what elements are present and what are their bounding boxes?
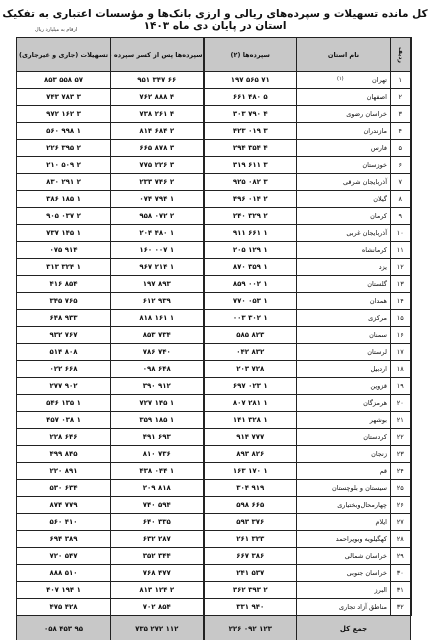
province-name: آذربایجان غربی [297, 225, 391, 242]
deposits-net-cell: ۵۹۴ ۷۴۰ [111, 497, 204, 514]
deposits-cell: ۲ ۰۱۴ ۴۹۶ [204, 191, 297, 208]
loans-cell: ۱ ۱۳۵ ۵۴۶ [17, 395, 111, 412]
province-name: قزوین [297, 378, 391, 395]
table-row: ۱۵مرکزی۱ ۳۰۲ ۰۰۳۱ ۱۶۱ ۸۱۸۹۳۳ ۶۴۸ [17, 310, 411, 327]
deposits-cell: ۱ ۱۷۰ ۱۶۳ [204, 463, 297, 480]
table-row: ۱تهران(۱)۷۱ ۵۶۵ ۱۹۷۶۶ ۳۴۷ ۹۵۱۵۷ ۵۵۸ ۸۵۳ [17, 72, 411, 89]
table-row: ۴مازندران۳ ۰۱۹ ۴۲۳۲ ۶۸۴ ۸۱۴۱ ۹۹۸ ۵۶۰ [17, 123, 411, 140]
province-label: کرمانشاه [362, 246, 387, 254]
deposits-cell: ۹۴۰ ۳۳۱ [204, 599, 297, 616]
deposits-cell: ۱ ۰۰۲ ۸۵۹ [204, 276, 297, 293]
deposits-cell: ۱ ۰۵۳ ۷۷۰ [204, 293, 297, 310]
loans-cell: ۳ ۷۸۳ ۷۴۳ [17, 89, 111, 106]
province-label: همدان [370, 297, 387, 305]
deposits-cell: ۱ ۶۶۱ ۹۱۱ [204, 225, 297, 242]
province-name: خراسان رضوی [297, 106, 391, 123]
province-name: سمنان [297, 327, 391, 344]
deposits-net-cell: ۸۹۳ ۱۹۷ [111, 276, 204, 293]
row-number: ۲۹ [391, 548, 411, 565]
deposits-net-cell: ۱ ۱۴۵ ۷۲۷ [111, 395, 204, 412]
loans-cell: ۵۴۷ ۷۲۰ [17, 548, 111, 565]
province-label: لرستان [367, 348, 387, 356]
row-number: ۲۴ [391, 463, 411, 480]
province-label: هرمزگان [363, 399, 387, 407]
province-name: هرمزگان [297, 395, 391, 412]
loans-cell: ۲ ۰۳۷ ۹۰۵ [17, 208, 111, 225]
header-deposits-net: سپرده‌ها پس از کسر سپرده قانونی [111, 38, 204, 72]
row-number: ۱۵ [391, 310, 411, 327]
province-name: کرمان [297, 208, 391, 225]
deposits-net-cell: ۹۳۹ ۶۱۲ [111, 293, 204, 310]
table-row: ۱۲یزد۱ ۳۵۹ ۸۷۰۱ ۲۱۴ ۹۶۷۱ ۳۲۴ ۳۱۳ [17, 259, 411, 276]
province-label: چهارمحال‌وبختیاری [337, 501, 387, 509]
row-number: ۲ [391, 89, 411, 106]
deposits-cell: ۱ ۱۲۹ ۲۰۵ [204, 242, 297, 259]
loans-cell: ۹۰۲ ۲۷۷ [17, 378, 111, 395]
province-label: آذربایجان شرقی [343, 178, 387, 186]
loans-cell: ۶۴۶ ۲۲۸ [17, 429, 111, 446]
row-number: ۲۸ [391, 531, 411, 548]
province-name: مناطق آزاد تجاری [297, 599, 391, 616]
loans-cell: ۸۰۸ ۵۱۴ [17, 344, 111, 361]
table-row: ۶خوزستان۳ ۶۱۱ ۳۱۹۳ ۲۲۶ ۷۷۵۲ ۵۰۹ ۲۱۰ [17, 157, 411, 174]
province-name: مازندران [297, 123, 391, 140]
province-name: اصفهان [297, 89, 391, 106]
row-number: ۵ [391, 140, 411, 157]
loans-cell: ۱ ۰۳۸ ۴۵۷ [17, 412, 111, 429]
deposits-net-cell: ۶۹۳ ۴۹۱ [111, 429, 204, 446]
deposits-cell: ۴ ۳۵۴ ۲۹۴ [204, 140, 297, 157]
deposits-cell: ۶۶۵ ۵۹۸ [204, 497, 297, 514]
province-label: خراسان رضوی [346, 110, 387, 118]
province-label: یزد [379, 263, 387, 271]
row-number: ۴ [391, 123, 411, 140]
table-row: ۱۹قزوین۱ ۰۲۳ ۶۹۷۹۱۲ ۳۹۰۹۰۲ ۲۷۷ [17, 378, 411, 395]
deposits-cell: ۱ ۲۸۱ ۸۰۷ [204, 395, 297, 412]
loans-cell: ۶۶۸ ۰۲۲ [17, 361, 111, 378]
deposits-net-cell: ۱ ۷۹۴ ۰۷۴ [111, 191, 204, 208]
province-label: ایلام [375, 518, 387, 526]
deposits-cell: ۲ ۳۲۹ ۲۴۰ [204, 208, 297, 225]
table-row: ۲۸کهگیلویه وبویراحمد۳۲۳ ۲۶۱۲۸۷ ۶۳۲۳۸۹ ۶۹… [17, 531, 411, 548]
loans-cell: ۹۳۳ ۶۴۸ [17, 310, 111, 327]
row-number: ۳۰ [391, 565, 411, 582]
province-label: خراسان شمالی [345, 552, 387, 560]
deposits-cell: ۵ ۴۸۰ ۶۶۱ [204, 89, 297, 106]
loans-cell: ۳ ۱۶۲ ۹۷۲ [17, 106, 111, 123]
total-loans: ۹۵ ۴۵۳ ۰۵۸ [17, 616, 111, 640]
row-number: ۱۲ [391, 259, 411, 276]
table-row: ۱۷لرستان۸۳۲ ۰۴۲۷۴۰ ۷۸۶۸۰۸ ۵۱۴ [17, 344, 411, 361]
loans-cell: ۱ ۱۹۴ ۴۰۷ [17, 582, 111, 599]
table-row: ۲۵سیستان و بلوچستان۹۱۹ ۳۰۴۸۱۸ ۲۰۹۶۳۴ ۵۳۰ [17, 480, 411, 497]
province-label: قم [380, 467, 387, 475]
loans-cell: ۸۵۴ ۴۱۶ [17, 276, 111, 293]
row-number: ۳ [391, 106, 411, 123]
deposits-cell: ۳۷۶ ۵۹۳ [204, 514, 297, 531]
province-label: گیلان [373, 195, 387, 203]
row-number: ۱۴ [391, 293, 411, 310]
row-number: ۱۷ [391, 344, 411, 361]
row-number: ۸ [391, 191, 411, 208]
province-label: مازندران [363, 127, 387, 135]
loans-cell: ۱ ۱۸۵ ۳۸۶ [17, 191, 111, 208]
loans-cell: ۱ ۹۹۸ ۵۶۰ [17, 123, 111, 140]
table-row: ۱۸اردبیل۷۲۸ ۲۰۳۶۴۸ ۰۹۸۶۶۸ ۰۲۲ [17, 361, 411, 378]
loans-cell: ۷۶۷ ۹۳۲ [17, 327, 111, 344]
deposits-cell: ۳ ۶۱۱ ۳۱۹ [204, 157, 297, 174]
deposits-cell: ۱ ۳۰۲ ۰۰۳ [204, 310, 297, 327]
province-name: سیستان و بلوچستان [297, 480, 391, 497]
deposits-net-cell: ۴ ۲۶۱ ۷۳۸ [111, 106, 204, 123]
province-name: مرکزی [297, 310, 391, 327]
table-row: ۳۱البرز۲ ۳۹۳ ۳۶۲۲ ۱۲۴ ۸۱۳۱ ۱۹۴ ۴۰۷ [17, 582, 411, 599]
deposits-net-cell: ۸۵۴ ۷۰۲ [111, 599, 204, 616]
row-number: ۳۱ [391, 582, 411, 599]
table-row: ۲۱بوشهر۱ ۳۲۸ ۱۴۱۱ ۱۸۵ ۳۵۹۱ ۰۳۸ ۴۵۷ [17, 412, 411, 429]
table-row: ۱۳گلستان۱ ۰۰۲ ۸۵۹۸۹۳ ۱۹۷۸۵۴ ۴۱۶ [17, 276, 411, 293]
header-row-no: ردیف [391, 38, 411, 72]
table-row: ۲۲کردستان۷۷۷ ۹۱۴۶۹۳ ۴۹۱۶۴۶ ۲۲۸ [17, 429, 411, 446]
deposits-cell: ۹۱۹ ۳۰۴ [204, 480, 297, 497]
deposits-net-cell: ۳ ۲۲۶ ۷۷۵ [111, 157, 204, 174]
row-number: ۱۰ [391, 225, 411, 242]
deposits-net-cell: ۲ ۱۲۴ ۸۱۳ [111, 582, 204, 599]
deposits-net-cell: ۲ ۶۸۴ ۸۱۴ [111, 123, 204, 140]
row-number: ۱۶ [391, 327, 411, 344]
province-name: گلستان [297, 276, 391, 293]
loans-cell: ۵۱۰ ۸۸۸ [17, 565, 111, 582]
loans-cell: ۳۸۹ ۶۹۴ [17, 531, 111, 548]
deposits-net-cell: ۶۶ ۳۴۷ ۹۵۱ [111, 72, 204, 89]
deposits-cell: ۴ ۷۹۰ ۳۰۳ [204, 106, 297, 123]
province-label: کردستان [363, 433, 387, 441]
table-row: ۲۷ایلام۳۷۶ ۵۹۳۳۳۵ ۶۴۰۴۱۰ ۵۶۰ [17, 514, 411, 531]
deposits-net-cell: ۳ ۸۷۸ ۶۶۵ [111, 140, 204, 157]
province-name: کهگیلویه وبویراحمد [297, 531, 391, 548]
loans-cell: ۷۶۵ ۳۴۵ [17, 293, 111, 310]
province-name: قم [297, 463, 391, 480]
deposits-cell: ۳ ۰۱۹ ۴۲۳ [204, 123, 297, 140]
row-number: ۲۳ [391, 446, 411, 463]
province-name: البرز [297, 582, 391, 599]
province-label: خوزستان [362, 161, 387, 169]
table-row: ۲۹خراسان شمالی۳۸۶ ۶۶۷۳۴۴ ۳۵۲۵۴۷ ۷۲۰ [17, 548, 411, 565]
table-row: ۳خراسان رضوی۴ ۷۹۰ ۳۰۳۴ ۲۶۱ ۷۳۸۳ ۱۶۲ ۹۷۲ [17, 106, 411, 123]
total-row: جمع کل ۱۲۳ ۰۹۲ ۲۲۶ ۱۱۲ ۲۷۲ ۷۳۵ ۹۵ ۴۵۳ ۰۵… [17, 616, 411, 640]
deposits-net-cell: ۲ ۰۷۲ ۹۵۸ [111, 208, 204, 225]
province-label: گلستان [367, 280, 387, 288]
province-label: اصفهان [367, 93, 387, 101]
province-name: تهران(۱) [297, 72, 391, 89]
province-name: لرستان [297, 344, 391, 361]
province-name: خراسان جنوبی [297, 565, 391, 582]
loans-cell: ۶۳۴ ۵۳۰ [17, 480, 111, 497]
row-number: ۳۲ [391, 599, 411, 616]
loans-cell: ۲ ۵۰۹ ۲۱۰ [17, 157, 111, 174]
province-name: بوشهر [297, 412, 391, 429]
province-label: قزوین [370, 382, 387, 390]
deposits-cell: ۸۲۳ ۵۸۵ [204, 327, 297, 344]
table-row: ۵فارس۴ ۳۵۴ ۲۹۴۳ ۸۷۸ ۶۶۵۲ ۳۹۵ ۲۲۶ [17, 140, 411, 157]
loans-cell: ۱ ۱۴۵ ۷۳۷ [17, 225, 111, 242]
province-name: فارس [297, 140, 391, 157]
province-label: سیستان و بلوچستان [332, 484, 387, 492]
table-row: ۱۱کرمانشاه۱ ۱۲۹ ۲۰۵۱ ۰۰۷ ۱۶۰۹۱۴ ۰۷۵ [17, 242, 411, 259]
province-label: آذربایجان غربی [346, 229, 387, 237]
provincial-banking-table: ردیف نام استان سپرده‌ها (۲) سپرده‌ها پس … [16, 37, 412, 640]
deposits-cell: ۱ ۰۲۳ ۶۹۷ [204, 378, 297, 395]
deposits-cell: ۷۷۷ ۹۱۴ [204, 429, 297, 446]
header-province: نام استان [297, 38, 391, 72]
row-number: ۱۱ [391, 242, 411, 259]
table-row: ۹کرمان۲ ۳۲۹ ۲۴۰۲ ۰۷۲ ۹۵۸۲ ۰۳۷ ۹۰۵ [17, 208, 411, 225]
total-deposits: ۱۲۳ ۰۹۲ ۲۲۶ [204, 616, 297, 640]
deposits-net-cell: ۷۳۴ ۸۵۳ [111, 327, 204, 344]
row-number: ۲۷ [391, 514, 411, 531]
deposits-cell: ۳۸۶ ۶۶۷ [204, 548, 297, 565]
table-row: ۱۰آذربایجان غربی۱ ۶۶۱ ۹۱۱۱ ۴۸۰ ۲۰۴۱ ۱۴۵ … [17, 225, 411, 242]
table-row: ۱۴همدان۱ ۰۵۳ ۷۷۰۹۳۹ ۶۱۲۷۶۵ ۳۴۵ [17, 293, 411, 310]
province-label: خراسان جنوبی [347, 569, 387, 577]
deposits-net-cell: ۷۳۶ ۸۱۰ [111, 446, 204, 463]
deposits-cell: ۵۳۷ ۲۴۱ [204, 565, 297, 582]
table-header-row: ردیف نام استان سپرده‌ها (۲) سپرده‌ها پس … [17, 38, 411, 72]
deposits-net-cell: ۳۳۵ ۶۴۰ [111, 514, 204, 531]
loans-cell: ۸۴۵ ۴۹۹ [17, 446, 111, 463]
deposits-net-cell: ۳۴۴ ۳۵۲ [111, 548, 204, 565]
deposits-net-cell: ۱ ۰۰۷ ۱۶۰ [111, 242, 204, 259]
province-label: زنجان [371, 450, 387, 458]
deposits-net-cell: ۱ ۴۸۰ ۲۰۴ [111, 225, 204, 242]
table-row: ۱۶سمنان۸۲۳ ۵۸۵۷۳۴ ۸۵۳۷۶۷ ۹۳۲ [17, 327, 411, 344]
province-name: زنجان [297, 446, 391, 463]
deposits-net-cell: ۷۴۰ ۷۸۶ [111, 344, 204, 361]
province-label: فارس [371, 144, 387, 152]
deposits-cell: ۸۲۶ ۸۹۳ [204, 446, 297, 463]
deposits-net-cell: ۸۱۸ ۲۰۹ [111, 480, 204, 497]
row-number: ۱۸ [391, 361, 411, 378]
unit-note: ارقام به میلیارد ریال [35, 27, 77, 33]
table-row: ۲۶چهارمحال‌وبختیاری۶۶۵ ۵۹۸۵۹۴ ۷۴۰۷۷۹ ۸۷۴ [17, 497, 411, 514]
deposits-net-cell: ۲۸۷ ۶۳۲ [111, 531, 204, 548]
deposits-cell: ۷۱ ۵۶۵ ۱۹۷ [204, 72, 297, 89]
province-label: البرز [375, 586, 387, 594]
table-row: ۷آذربایجان شرقی۳ ۰۸۲ ۹۲۵۲ ۷۴۶ ۲۳۳۲ ۲۹۱ ۸… [17, 174, 411, 191]
deposits-cell: ۱ ۳۲۸ ۱۴۱ [204, 412, 297, 429]
table-row: ۲۳زنجان۸۲۶ ۸۹۳۷۳۶ ۸۱۰۸۴۵ ۴۹۹ [17, 446, 411, 463]
province-name: اردبیل [297, 361, 391, 378]
row-number: ۶ [391, 157, 411, 174]
deposits-cell: ۷۲۸ ۲۰۳ [204, 361, 297, 378]
province-label: کرمان [370, 212, 387, 220]
province-label: تهران [372, 76, 387, 84]
total-label: جمع کل [297, 616, 411, 640]
deposits-cell: ۲ ۳۹۳ ۳۶۲ [204, 582, 297, 599]
province-name: خوزستان [297, 157, 391, 174]
total-deposits-net: ۱۱۲ ۲۷۲ ۷۳۵ [111, 616, 204, 640]
loans-cell: ۸۹۱ ۲۲۰ [17, 463, 111, 480]
province-label: مرکزی [368, 314, 387, 322]
table-row: ۲۴قم۱ ۱۷۰ ۱۶۳۱ ۰۴۴ ۴۳۸۸۹۱ ۲۲۰ [17, 463, 411, 480]
province-name: یزد [297, 259, 391, 276]
province-label: بوشهر [370, 416, 387, 424]
deposits-net-cell: ۴ ۸۸۸ ۷۶۲ [111, 89, 204, 106]
loans-cell: ۵۷ ۵۵۸ ۸۵۳ [17, 72, 111, 89]
row-number: ۱۳ [391, 276, 411, 293]
row-number: ۲۱ [391, 412, 411, 429]
deposits-cell: ۱ ۳۵۹ ۸۷۰ [204, 259, 297, 276]
province-label: مناطق آزاد تجاری [339, 603, 387, 611]
province-name: ایلام [297, 514, 391, 531]
province-name: کرمانشاه [297, 242, 391, 259]
row-number: ۲۲ [391, 429, 411, 446]
loans-cell: ۱ ۳۲۴ ۳۱۳ [17, 259, 111, 276]
deposits-cell: ۳۲۳ ۲۶۱ [204, 531, 297, 548]
province-label: کهگیلویه وبویراحمد [336, 535, 387, 543]
row-number: ۷ [391, 174, 411, 191]
row-number: ۲۶ [391, 497, 411, 514]
table-row: ۲اصفهان۵ ۴۸۰ ۶۶۱۴ ۸۸۸ ۷۶۲۳ ۷۸۳ ۷۴۳ [17, 89, 411, 106]
deposits-net-cell: ۴۷۷ ۷۶۸ [111, 565, 204, 582]
row-number: ۲۰ [391, 395, 411, 412]
deposits-net-cell: ۱ ۲۱۴ ۹۶۷ [111, 259, 204, 276]
table-row: ۲۰هرمزگان۱ ۲۸۱ ۸۰۷۱ ۱۴۵ ۷۲۷۱ ۱۳۵ ۵۴۶ [17, 395, 411, 412]
row-number: ۹ [391, 208, 411, 225]
deposits-cell: ۸۳۲ ۰۴۲ [204, 344, 297, 361]
deposits-net-cell: ۹۱۲ ۳۹۰ [111, 378, 204, 395]
header-loans: تسهیلات (جاری و غیرجاری) [17, 38, 111, 72]
table-row: ۳۲مناطق آزاد تجاری۹۴۰ ۳۳۱۸۵۴ ۷۰۲۴۲۸ ۴۷۵ [17, 599, 411, 616]
province-name: کردستان [297, 429, 391, 446]
deposits-net-cell: ۱ ۰۴۴ ۴۳۸ [111, 463, 204, 480]
province-name: خراسان شمالی [297, 548, 391, 565]
deposits-net-cell: ۱ ۱۶۱ ۸۱۸ [111, 310, 204, 327]
row-number: ۲۵ [391, 480, 411, 497]
footnote-marker: (۱) [337, 76, 344, 82]
province-label: اردبیل [370, 365, 387, 373]
province-name: چهارمحال‌وبختیاری [297, 497, 391, 514]
province-name: همدان [297, 293, 391, 310]
deposits-net-cell: ۶۴۸ ۰۹۸ [111, 361, 204, 378]
row-number: ۱۹ [391, 378, 411, 395]
loans-cell: ۴۱۰ ۵۶۰ [17, 514, 111, 531]
deposits-net-cell: ۲ ۷۴۶ ۲۳۳ [111, 174, 204, 191]
table-row: ۳۰خراسان جنوبی۵۳۷ ۲۴۱۴۷۷ ۷۶۸۵۱۰ ۸۸۸ [17, 565, 411, 582]
loans-cell: ۲ ۳۹۵ ۲۲۶ [17, 140, 111, 157]
header-deposits: سپرده‌ها (۲) [204, 38, 297, 72]
province-name: آذربایجان شرقی [297, 174, 391, 191]
loans-cell: ۲ ۲۹۱ ۸۳۰ [17, 174, 111, 191]
deposits-cell: ۳ ۰۸۲ ۹۲۵ [204, 174, 297, 191]
table-row: ۸گیلان۲ ۰۱۴ ۴۹۶۱ ۷۹۴ ۰۷۴۱ ۱۸۵ ۳۸۶ [17, 191, 411, 208]
loans-cell: ۷۷۹ ۸۷۴ [17, 497, 111, 514]
province-name: گیلان [297, 191, 391, 208]
row-number: ۱ [391, 72, 411, 89]
deposits-net-cell: ۱ ۱۸۵ ۳۵۹ [111, 412, 204, 429]
loans-cell: ۴۲۸ ۴۷۵ [17, 599, 111, 616]
province-label: سمنان [369, 331, 387, 339]
loans-cell: ۹۱۴ ۰۷۵ [17, 242, 111, 259]
